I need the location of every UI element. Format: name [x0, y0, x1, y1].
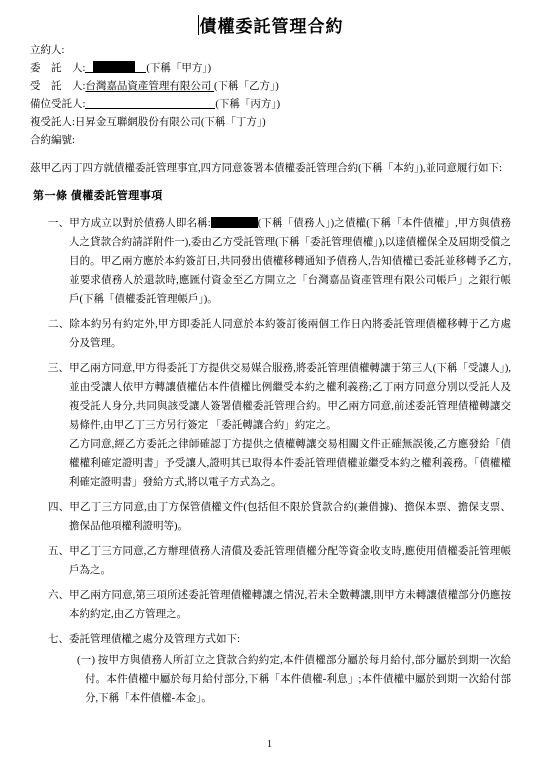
clause-1-text-after: (下稱「債務人」)之債權(下稱「本件債權」,甲方與債務人之貸款合約請詳附件一),…	[69, 218, 511, 305]
backup-trustee-blank	[85, 97, 215, 109]
trustee-line: 受 託 人:台灣嘉品資產管理有限公司 (下稱「乙方」)	[30, 78, 511, 96]
preamble-paragraph: 茲甲乙丙丁四方就債權委託管理事宜,四方同意簽署本債權委託管理合約(下稱「本約」)…	[30, 159, 511, 178]
document-title-text: 債權委託管理合約	[200, 17, 344, 36]
contract-number-label: 合約編號:	[30, 135, 75, 146]
redacted-entruster-name	[93, 61, 135, 73]
clause-item-1: 一、甲方成立以對於債務人即名稱:(下稱「債務人」)之債權(下稱「本件債權」,甲方…	[30, 214, 511, 309]
clause-3-paragraph-2: 乙方同意,經乙方委託之律師確認丁方提供之債權轉讓交易相關文件正確無誤後,乙方應發…	[69, 435, 511, 492]
clause-item-5: 五、甲乙丁三方同意,乙方辦理債務人清償及委託管理債權分配等資金收支時,應使用債權…	[30, 542, 511, 580]
clause-item-3: 三、甲乙兩方同意,甲方得委託丁方提供交易媒合服務,將委託管理債權轉讓于第三人(下…	[30, 359, 511, 492]
section1-heading: 第一條 債權委託管理事項	[33, 187, 511, 203]
backup-trustee-suffix: (下稱「丙方」)	[215, 99, 280, 110]
contract-document-page: 債權委託管理合約 立約人: 委 託 人:(下稱「甲方」) 受 託 人:台灣嘉品資…	[0, 0, 539, 774]
entruster-blank-left	[85, 61, 93, 73]
document-title: 債權委託管理合約	[30, 13, 511, 40]
sub-trustee-label: 複受託人:	[30, 117, 75, 128]
contract-number-line: 合約編號:	[30, 132, 511, 150]
text-cursor	[198, 15, 199, 35]
entruster-blank-right	[135, 61, 146, 73]
clause-item-2: 二、除本約另有約定外,甲方即委託人同意於本約簽訂後兩個工作日內將委託管理債權移轉…	[30, 315, 511, 353]
clause-item-7: 七、委託管理債權之處分及管理方式如下:	[30, 630, 511, 649]
clause-3-paragraph-1: 三、甲乙兩方同意,甲方得委託丁方提供交易媒合服務,將委託管理債權轉讓于第三人(下…	[69, 359, 511, 435]
parties-intro-line: 立約人:	[30, 42, 511, 60]
page-number: 1	[0, 739, 539, 750]
sub-trustee-line: 複受託人:日昇金互聯網股份有限公司(下稱「丁方」)	[30, 114, 511, 132]
parties-intro-label: 立約人:	[30, 45, 64, 56]
entruster-suffix: (下稱「甲方」)	[146, 63, 211, 74]
entruster-line: 委 託 人:(下稱「甲方」)	[30, 60, 511, 78]
clause-item-4: 四、甲乙丁三方同意,由丁方保管債權文件(包括但不限於貸款合約(兼借據)、擔保本票…	[30, 498, 511, 536]
clause-item-6: 六、甲乙兩方同意,第三項所述委託管理債權轉讓之情況,若未全數轉讓,則甲方未轉讓債…	[30, 586, 511, 624]
trustee-company-name: 台灣嘉品資產管理有限公司	[85, 81, 214, 92]
clause-1-text-before: 一、甲方成立以對於債務人即名稱:	[48, 218, 211, 229]
sub-trustee-value: 日昇金互聯網股份有限公司(下稱「丁方」)	[75, 117, 266, 128]
entruster-label: 委 託 人:	[30, 63, 85, 74]
trustee-suffix: (下稱「乙方」)	[214, 81, 279, 92]
trustee-label: 受 託 人:	[30, 81, 85, 92]
redacted-debtor-name	[211, 217, 258, 228]
clause-7-sub-item-1: (一) 按甲方與債務人所訂立之貸款合約約定,本件債權部分屬於每月給付,部分屬於到…	[30, 651, 511, 708]
backup-trustee-label: 備位受託人:	[30, 99, 85, 110]
backup-trustee-line: 備位受託人:(下稱「丙方」)	[30, 96, 511, 114]
